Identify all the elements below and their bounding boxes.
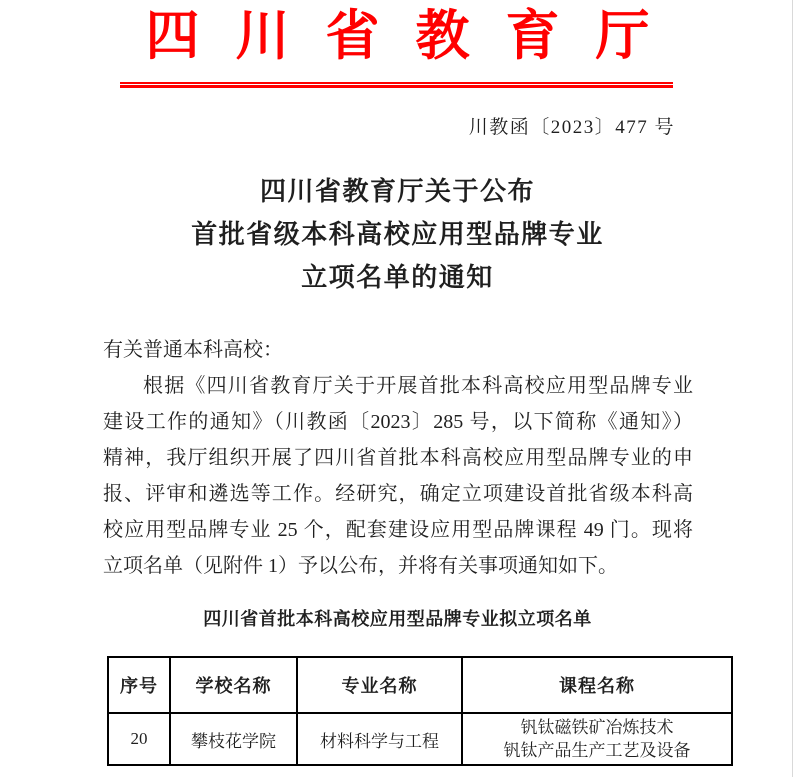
cell-major: 材料科学与工程 xyxy=(297,713,462,765)
header-cell-major: 专业名称 xyxy=(297,657,462,713)
header-cell-course: 课程名称 xyxy=(462,657,732,713)
body-line-5: 校应用型品牌专业 25 个，配套建设应用型品牌课程 49 门。现将 xyxy=(103,512,693,548)
document-page: 四川省教育厅 川教函〔2023〕477 号 四川省教育厅关于公布 首批省级本科高… xyxy=(0,0,795,777)
header-cell-school: 学校名称 xyxy=(170,657,297,713)
body-line-6: 立项名单（见附件 1）予以公布，并将有关事项通知如下。 xyxy=(103,548,693,584)
table-header-row: 序号 学校名称 专业名称 课程名称 xyxy=(108,657,732,713)
approval-list-table: 序号 学校名称 专业名称 课程名称 20 攀枝花学院 材料科学与工程 钒钛磁铁矿… xyxy=(107,656,733,766)
header-cell-number: 序号 xyxy=(108,657,170,713)
table-caption: 四川省首批本科高校应用型品牌专业拟立项名单 xyxy=(0,606,795,632)
body-line-4: 报、评审和遴选等工作。经研究，确定立项建设首批省级本科高 xyxy=(103,476,693,512)
salutation: 有关普通本科高校： xyxy=(103,332,693,368)
document-title-line-1: 四川省教育厅关于公布 xyxy=(0,170,795,213)
course-line-2: 钒钛产品生产工艺及设备 xyxy=(463,739,731,762)
table-row: 20 攀枝花学院 材料科学与工程 钒钛磁铁矿冶炼技术 钒钛产品生产工艺及设备 xyxy=(108,713,732,765)
cell-school: 攀枝花学院 xyxy=(170,713,297,765)
document-title-line-3: 立项名单的通知 xyxy=(0,256,795,299)
letterhead-divider-rule xyxy=(120,82,673,88)
body-text: 有关普通本科高校： 根据《四川省教育厅关于开展首批本科高校应用型品牌专业 建设工… xyxy=(103,332,693,584)
document-number: 川教函〔2023〕477 号 xyxy=(0,116,675,140)
agency-letterhead: 四川省教育厅 xyxy=(0,6,795,66)
body-line-3: 精神，我厅组织开展了四川省首批本科高校应用型品牌专业的申 xyxy=(103,440,693,476)
body-line-1: 根据《四川省教育厅关于开展首批本科高校应用型品牌专业 xyxy=(103,368,693,404)
document-title-line-2: 首批省级本科高校应用型品牌专业 xyxy=(0,213,795,256)
document-title: 四川省教育厅关于公布 首批省级本科高校应用型品牌专业 立项名单的通知 xyxy=(0,170,795,299)
body-line-2: 建设工作的通知》（川教函〔2023〕285 号，以下简称《通知》） xyxy=(103,404,693,440)
course-line-1: 钒钛磁铁矿冶炼技术 xyxy=(463,716,731,739)
cell-courses: 钒钛磁铁矿冶炼技术 钒钛产品生产工艺及设备 xyxy=(462,713,732,765)
page-edge-line xyxy=(792,0,793,777)
cell-number: 20 xyxy=(108,713,170,765)
